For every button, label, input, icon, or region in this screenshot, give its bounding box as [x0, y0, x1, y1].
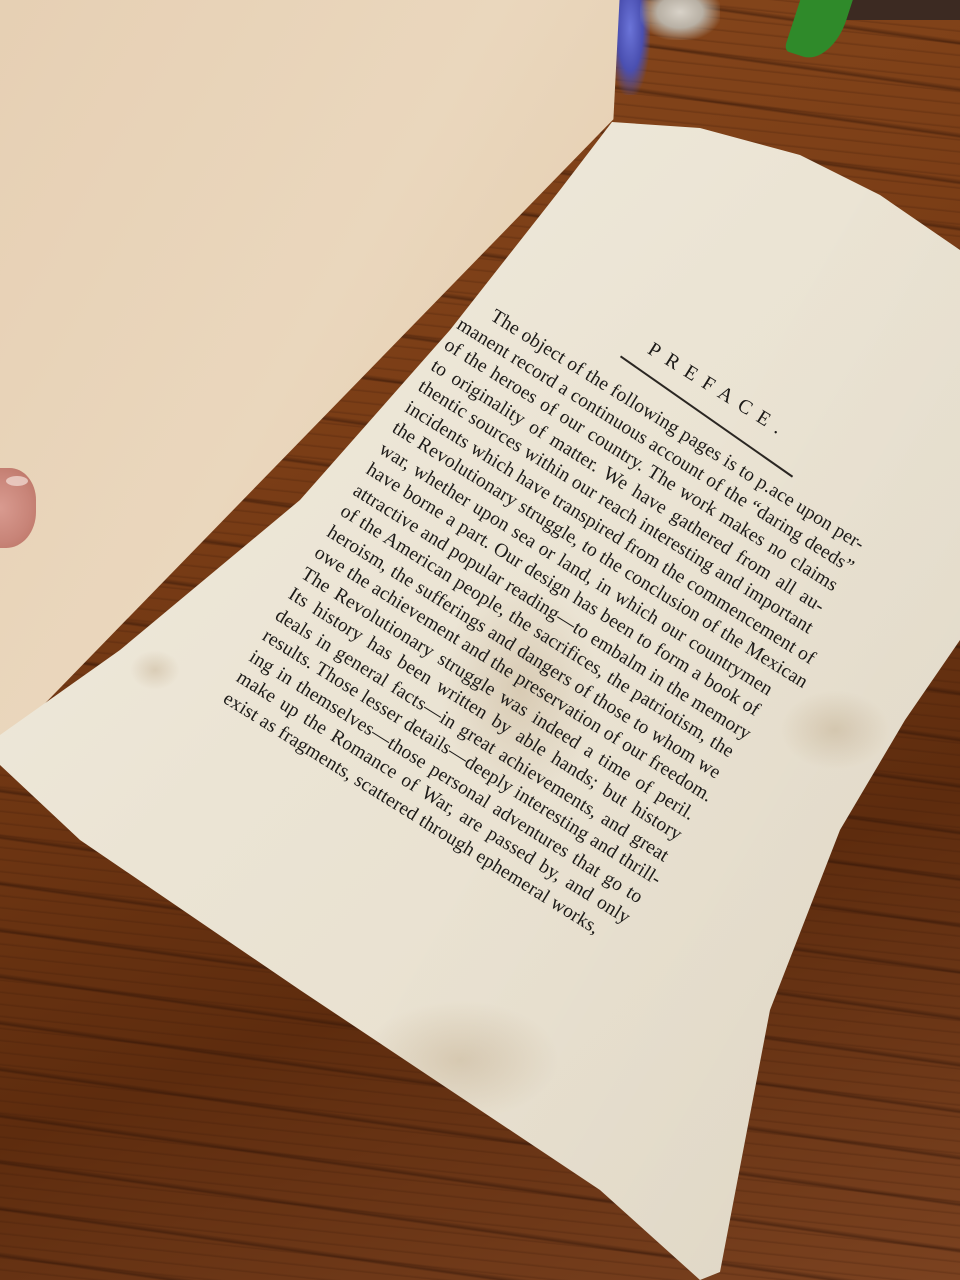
- background-object: [840, 0, 960, 20]
- page-stain: [780, 690, 890, 770]
- page-stain: [130, 650, 180, 690]
- white-flower: [640, 0, 720, 40]
